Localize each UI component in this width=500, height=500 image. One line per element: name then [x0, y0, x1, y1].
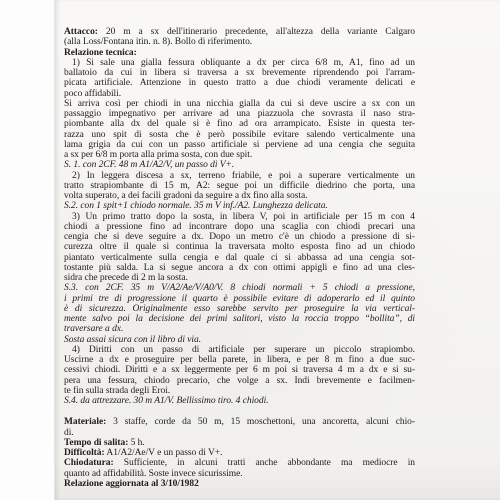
text-line-chiodatura-2: quanto ad affidabilità. Soste invece sic…	[64, 469, 415, 479]
text-line-sosta-4-1: S.4. da attrezzare. 30 m A1/V. Bellissim…	[64, 396, 415, 406]
scanned-document: Attacco: 20 m a sx dell'itinerario prece…	[0, 0, 500, 500]
text-line-tiro-3-1: 3) Un primo tratto dopo la sosta, in lib…	[64, 212, 415, 222]
paragraph-lead: Materiale:	[64, 417, 106, 427]
paragraph-lead: Difficoltà:	[64, 448, 105, 458]
text-line-relazione-tecnica-heading-1: Relazione tecnica:	[64, 48, 415, 58]
text-line-tiro-2-2: tratto strapiombante di 15 m, A2: segue …	[64, 181, 415, 191]
text-line-tiro-2-3: volta superato, a dei facili gradoni da …	[64, 191, 415, 201]
text-line-chiodatura-1: Chiodatura: Sufficiente, in alcuni tratt…	[64, 458, 415, 468]
text-line-relazione-aggiornata-1: Relazione aggiornata al 3/10/1982	[64, 479, 415, 489]
text-line-tiro-3-2: chiodi a pressione fino ad incontrare do…	[64, 222, 415, 232]
text-line-sosta-1-1: S. 1. con 2CF. 48 m A1/A2/V, un passo di…	[64, 160, 415, 170]
text-line-tiro-4-3: cessivi chiodi. Diritti e a sx leggermen…	[64, 365, 415, 375]
text-line-tiro-1-seguito-4: razza uno spit di sosta che è però possi…	[64, 130, 415, 140]
text-line-tiro-1-seguito-2: passaggio impegnativo per arrivare ad un…	[64, 109, 415, 119]
text-line-attacco-2: (alla Loss/Fontana itin. n. 8). Bollo di…	[64, 37, 415, 47]
text-line-tempo-di-salita-1: Tempo di salita: 5 h.	[64, 438, 415, 448]
paragraph-lead: Attacco:	[64, 27, 98, 37]
paragraph-lead: Tempo di salita:	[64, 438, 128, 448]
text-line-tiro-4-4: pera una fessura, chiodo precario, che v…	[64, 376, 415, 386]
text-line-difficolta-1: Difficoltà: A1/A2/Ae/V e un passo di V+.	[64, 448, 415, 458]
text-line-tiro-3-3: cengia che si deve seguire a dx. Dopo un…	[64, 232, 415, 242]
page: Attacco: 20 m a sx dell'itinerario prece…	[55, 0, 500, 500]
text-line-tiro-1-2: ballatoio da cui in libera si traversa a…	[64, 68, 415, 78]
text-line-tiro-4-1: 4) Diritti con un passo di artificiale p…	[64, 345, 415, 355]
text-line-tiro-4-5: te fin sulla strada degli Eroi.	[64, 386, 415, 396]
text-line-tiro-2-1: 2) In leggera discesa a sx, terreno fria…	[64, 171, 415, 181]
text-line-tiro-3-5: piantato verticalmente sulla cengia e da…	[64, 253, 415, 263]
paragraph-lead: Chiodatura:	[64, 458, 114, 468]
text-line-sosta-3-4: mente salvo poi la decisione dei primi s…	[64, 314, 415, 324]
text-line-tiro-3-4: curezza oltre il quale si continua la tr…	[64, 242, 415, 252]
text-line-tiro-1-1: 1) Si sale una gialla fessura obliquante…	[64, 58, 415, 68]
text-line-tiro-1-seguito-3: piombante alla dx del quale si è fino ad…	[64, 119, 415, 129]
text-line-tiro-3-6: tostante più salda. La si segue ancora a…	[64, 263, 415, 273]
text-line-tiro-1-3: picata artificiale. Attenzione in questo…	[64, 78, 415, 88]
text-line-sosta-3-2: i primi tre di progressione il quarto è …	[64, 294, 415, 304]
text-line-sosta-2-1: S.2. con 1 spit+1 chiodo normale. 35 m V…	[64, 201, 415, 211]
text-line-tiro-1-seguito-6: a sx per 6/8 m porta alla prima sosta, c…	[64, 150, 415, 160]
text-line-attacco-1: Attacco: 20 m a sx dell'itinerario prece…	[64, 27, 415, 37]
text-line-sosta-3-5: traversare a dx.	[64, 324, 415, 334]
text-line-sosta-3-1: S.3. con 2CF. 35 m V/A2/Ae/V/A0/V. 8 chi…	[64, 283, 415, 293]
text-line-sosta-3-nota-1: Sosta assai sicura con il libro di via.	[64, 335, 415, 345]
text-line-tiro-4-2: Uscirne a dx e proseguire per bella pare…	[64, 355, 415, 365]
paragraph-lead: Relazione tecnica:	[64, 48, 137, 58]
text-line-tiro-3-7: sidra che precede di 2 m la sosta.	[64, 273, 415, 283]
text-line-tiro-1-4: poco affidabili.	[64, 89, 415, 99]
text-line-tiro-1-seguito-5: lama grigia da cui con un passo artifici…	[64, 140, 415, 150]
text-line-sosta-3-3: è di sicurezza. Originalmente esso sareb…	[64, 304, 415, 314]
text-block: Attacco: 20 m a sx dell'itinerario prece…	[64, 27, 415, 489]
text-line-materiale-1: Materiale: 3 staffe, corde da 50 m, 15 m…	[64, 417, 415, 427]
text-line-materiale-2: di.	[64, 428, 415, 438]
text-line-tiro-1-seguito-1: Si arriva così per chiodi in una nicchia…	[64, 99, 415, 109]
